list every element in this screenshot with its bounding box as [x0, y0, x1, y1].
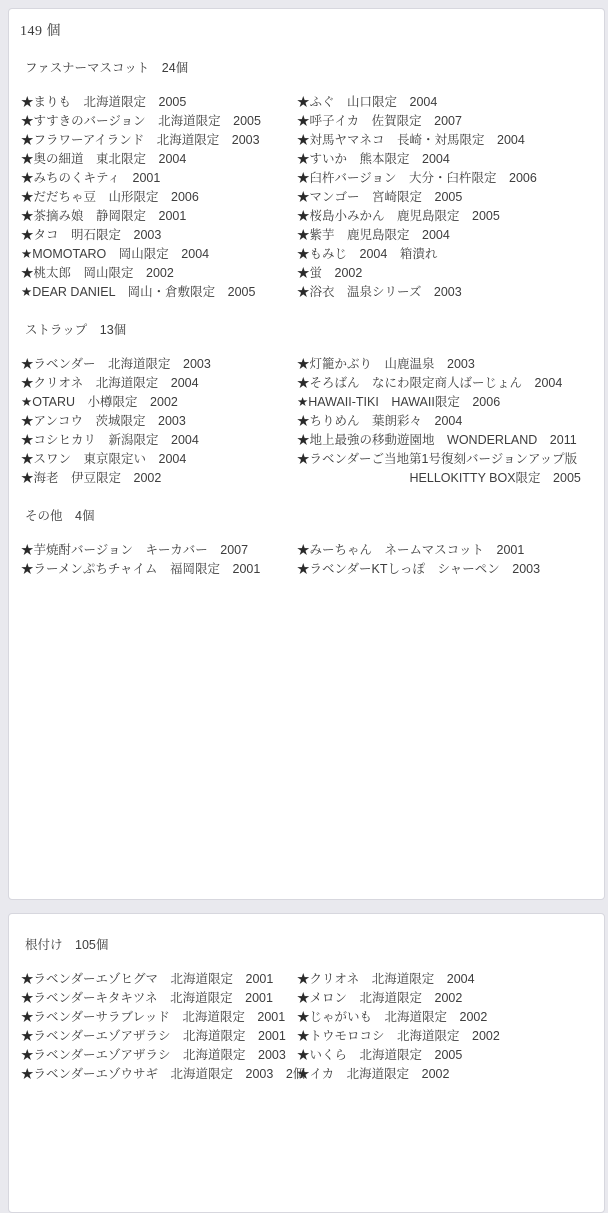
list-item: ★ちりめん 葉朗彩々 2004	[297, 412, 604, 431]
star-icon: ★	[21, 972, 34, 986]
total-count: 149 個	[20, 23, 604, 40]
star-icon: ★	[297, 190, 310, 204]
list-item: ★コシヒカリ 新潟限定 2004	[21, 431, 297, 450]
list-item: ★ラベンダーご当地第1号復刻バージョンアップ版	[297, 450, 604, 469]
document-page-2: 根付け 105個 ★ラベンダーエゾヒグマ 北海道限定 2001★ラベンダーキタキ…	[8, 913, 605, 1080]
list-item: ★ラベンダーエゾアザラシ 北海道限定 2001	[21, 1027, 297, 1046]
section-heading-fastener-mascot: ファスナーマスコット 24個	[25, 59, 604, 78]
star-icon: ★	[21, 285, 32, 299]
star-icon: ★	[297, 285, 310, 299]
item-column-left: ★芋焼酎バージョン キーカバー 2007★ラーメンぷちチャイム 福岡限定 200…	[21, 541, 297, 579]
star-icon: ★	[297, 133, 310, 147]
list-item: ★蛍 2002	[297, 264, 604, 283]
list-item: ★ラベンダーエゾウサギ 北海道限定 2003 2個	[21, 1065, 297, 1080]
item-column-left: ★ラベンダーエゾヒグマ 北海道限定 2001★ラベンダーキタキツネ 北海道限定 …	[21, 970, 297, 1080]
star-icon: ★	[297, 228, 310, 242]
list-item: ★メロン 北海道限定 2002	[297, 989, 604, 1008]
list-item: ★スワン 東京限定い 2004	[21, 450, 297, 469]
list-item: ★みーちゃん ネームマスコット 2001	[297, 541, 604, 560]
list-item: ★マンゴー 宮崎限定 2005	[297, 188, 604, 207]
list-item: ★ラベンダーKTしっぽ シャーペン 2003	[297, 560, 604, 579]
section-fastener-mascot: ファスナーマスコット 24個 ★まりも 北海道限定 2005★すすきのバージョン…	[9, 59, 604, 302]
list-item: ★ラベンダーサラブレッド 北海道限定 2001	[21, 1008, 297, 1027]
star-icon: ★	[21, 247, 32, 261]
star-icon: ★	[21, 1010, 34, 1024]
list-item: ★タコ 明石限定 2003	[21, 226, 297, 245]
star-icon: ★	[21, 357, 34, 371]
star-icon: ★	[297, 972, 310, 986]
list-item: ★フラワーアイランド 北海道限定 2003	[21, 131, 297, 150]
item-column-right: ★クリオネ 北海道限定 2004★メロン 北海道限定 2002★じゃがいも 北海…	[297, 970, 604, 1080]
list-item: ★イカ 北海道限定 2002	[297, 1065, 604, 1080]
star-icon: ★	[21, 171, 34, 185]
star-icon: ★	[21, 433, 34, 447]
section-others: その他 4個 ★芋焼酎バージョン キーカバー 2007★ラーメンぷちチャイム 福…	[9, 507, 604, 579]
item-grid: ★まりも 北海道限定 2005★すすきのバージョン 北海道限定 2005★フラワ…	[9, 93, 604, 302]
star-icon: ★	[297, 152, 310, 166]
list-item: ★HAWAII-TIKI HAWAII限定 2006	[297, 393, 604, 412]
star-icon: ★	[21, 562, 34, 576]
star-icon: ★	[21, 266, 34, 280]
star-icon: ★	[21, 543, 34, 557]
star-icon: ★	[297, 114, 310, 128]
star-icon: ★	[21, 190, 34, 204]
star-icon: ★	[21, 376, 34, 390]
list-item: ★すすきのバージョン 北海道限定 2005	[21, 112, 297, 131]
item-column-right: ★灯籠かぶり 山鹿温泉 2003★そろばん なにわ限定商人ばーじょん 2004★…	[297, 355, 604, 488]
list-item: ★OTARU 小樽限定 2002	[21, 393, 297, 412]
star-icon: ★	[21, 209, 34, 223]
list-item: ★茶摘み娘 静岡限定 2001	[21, 207, 297, 226]
list-item: ★桜島小みかん 鹿児島限定 2005	[297, 207, 604, 226]
star-icon: ★	[21, 1048, 34, 1062]
list-item: ★ラベンダー 北海道限定 2003	[21, 355, 297, 374]
list-item: ★芋焼酎バージョン キーカバー 2007	[21, 541, 297, 560]
document-page-1: 149 個 ファスナーマスコット 24個 ★まりも 北海道限定 2005★すすき…	[8, 8, 605, 900]
list-item: ★対馬ヤマネコ 長崎・対馬限定 2004	[297, 131, 604, 150]
section-heading-strap: ストラップ 13個	[25, 321, 604, 340]
list-item: ★アンコウ 茨城限定 2003	[21, 412, 297, 431]
list-item: ★桃太郎 岡山限定 2002	[21, 264, 297, 283]
star-icon: ★	[297, 209, 310, 223]
list-item: ★ふぐ 山口限定 2004	[297, 93, 604, 112]
list-item: ★紫芋 鹿児島限定 2004	[297, 226, 604, 245]
star-icon: ★	[21, 114, 34, 128]
list-item: ★いくら 北海道限定 2005	[297, 1046, 604, 1065]
star-icon: ★	[297, 562, 310, 576]
item-grid: ★芋焼酎バージョン キーカバー 2007★ラーメンぷちチャイム 福岡限定 200…	[9, 541, 604, 579]
star-icon: ★	[21, 95, 34, 109]
star-icon: ★	[21, 152, 34, 166]
star-icon: ★	[297, 1029, 310, 1043]
star-icon: ★	[21, 228, 34, 242]
item-column-right: ★みーちゃん ネームマスコット 2001★ラベンダーKTしっぽ シャーペン 20…	[297, 541, 604, 579]
star-icon: ★	[21, 133, 34, 147]
list-item: ★みちのくキティ 2001	[21, 169, 297, 188]
star-icon: ★	[21, 471, 34, 485]
star-icon: ★	[297, 395, 308, 409]
list-item: ★浴衣 温泉シリーズ 2003	[297, 283, 604, 302]
star-icon: ★	[21, 452, 34, 466]
list-item: HELLOKITTY BOX限定 2005	[297, 469, 604, 488]
section-heading-netsuke: 根付け 105個	[25, 936, 604, 955]
star-icon: ★	[21, 991, 34, 1005]
star-icon: ★	[297, 95, 310, 109]
list-item: ★ラベンダーエゾヒグマ 北海道限定 2001	[21, 970, 297, 989]
list-item: ★まりも 北海道限定 2005	[21, 93, 297, 112]
list-item: ★そろばん なにわ限定商人ばーじょん 2004	[297, 374, 604, 393]
star-icon: ★	[297, 266, 310, 280]
item-column-right: ★ふぐ 山口限定 2004★呼子イカ 佐賀限定 2007★対馬ヤマネコ 長崎・対…	[297, 93, 604, 302]
section-netsuke: 根付け 105個 ★ラベンダーエゾヒグマ 北海道限定 2001★ラベンダーキタキ…	[9, 914, 604, 1080]
list-item: ★ラベンダーエゾアザラシ 北海道限定 2003	[21, 1046, 297, 1065]
list-item: ★奥の細道 東北限定 2004	[21, 150, 297, 169]
list-item: ★MOMOTARO 岡山限定 2004	[21, 245, 297, 264]
list-item: ★DEAR DANIEL 岡山・倉敷限定 2005	[21, 283, 297, 302]
star-icon: ★	[21, 395, 32, 409]
list-item: ★灯籠かぶり 山鹿温泉 2003	[297, 355, 604, 374]
list-item: ★ラベンダーキタキツネ 北海道限定 2001	[21, 989, 297, 1008]
item-grid: ★ラベンダーエゾヒグマ 北海道限定 2001★ラベンダーキタキツネ 北海道限定 …	[9, 970, 604, 1080]
item-column-left: ★まりも 北海道限定 2005★すすきのバージョン 北海道限定 2005★フラワ…	[21, 93, 297, 302]
section-heading-others: その他 4個	[25, 507, 604, 526]
star-icon: ★	[297, 991, 310, 1005]
star-icon: ★	[297, 1010, 310, 1024]
star-icon: ★	[21, 1029, 34, 1043]
star-icon: ★	[297, 1048, 310, 1062]
list-item: ★すいか 熊本限定 2004	[297, 150, 604, 169]
section-strap: ストラップ 13個 ★ラベンダー 北海道限定 2003★クリオネ 北海道限定 2…	[9, 321, 604, 488]
list-item: ★臼杵バージョン 大分・臼杵限定 2006	[297, 169, 604, 188]
list-item: ★海老 伊豆限定 2002	[21, 469, 297, 488]
list-item: ★ラーメンぷちチャイム 福岡限定 2001	[21, 560, 297, 579]
list-item: ★トウモロコシ 北海道限定 2002	[297, 1027, 604, 1046]
list-item: ★地上最強の移動遊園地 WONDERLAND 2011	[297, 431, 604, 450]
list-item: ★じゃがいも 北海道限定 2002	[297, 1008, 604, 1027]
star-icon: ★	[297, 376, 310, 390]
list-item: ★クリオネ 北海道限定 2004	[21, 374, 297, 393]
star-icon: ★	[297, 357, 310, 371]
list-item: ★だだちゃ豆 山形限定 2006	[21, 188, 297, 207]
star-icon: ★	[297, 543, 310, 557]
star-icon: ★	[297, 433, 310, 447]
list-item: ★クリオネ 北海道限定 2004	[297, 970, 604, 989]
star-icon: ★	[297, 1067, 310, 1080]
star-icon: ★	[297, 171, 310, 185]
list-item: ★もみじ 2004 箱潰れ	[297, 245, 604, 264]
list-item: ★呼子イカ 佐賀限定 2007	[297, 112, 604, 131]
star-icon: ★	[297, 452, 310, 466]
star-icon: ★	[21, 1067, 34, 1080]
star-icon: ★	[297, 414, 310, 428]
star-icon: ★	[21, 414, 34, 428]
item-grid: ★ラベンダー 北海道限定 2003★クリオネ 北海道限定 2004★OTARU …	[9, 355, 604, 488]
item-column-left: ★ラベンダー 北海道限定 2003★クリオネ 北海道限定 2004★OTARU …	[21, 355, 297, 488]
star-icon: ★	[297, 247, 310, 261]
